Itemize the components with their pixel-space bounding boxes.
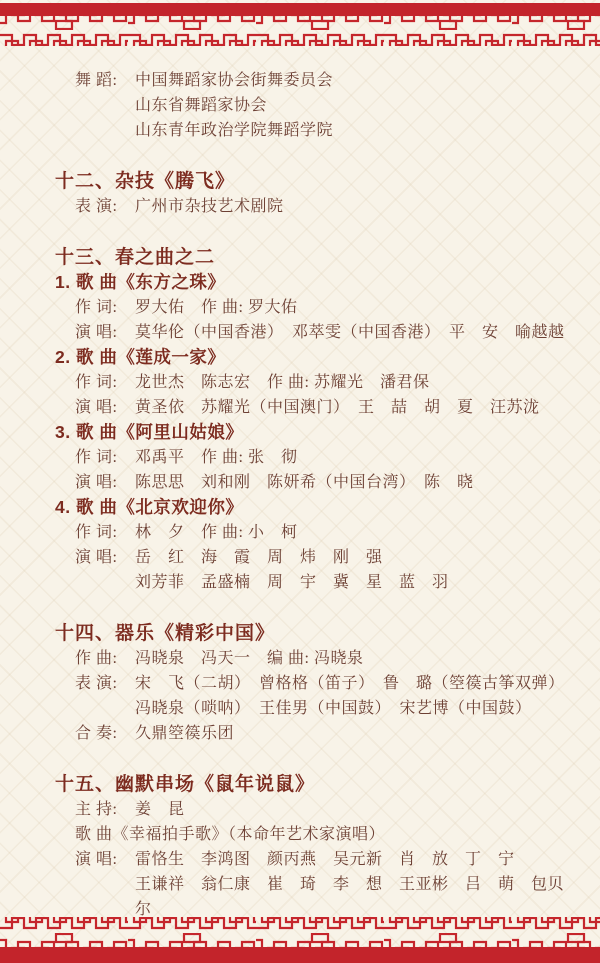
row-label: 主 持: (75, 797, 135, 822)
program-row: 歌 曲《幸福拍手歌》（本命年艺术家演唱） (55, 822, 578, 847)
song-title: 4. 歌 曲《北京欢迎你》 (55, 495, 578, 520)
credit-text: 中国舞蹈家协会街舞委员会 (135, 68, 333, 93)
row-text: 冯晓泉 冯天一 编 曲: 冯晓泉 (135, 646, 363, 671)
row-label: 演 唱: (75, 320, 135, 345)
row-text: 刘芳菲 孟盛楠 周 宇 冀 星 蓝 羽 (135, 570, 449, 595)
program-row: 合 奏: 久鼎箜篌乐团 (55, 721, 578, 746)
row-label: 演 唱: (75, 847, 135, 872)
row-label: 作 词: (75, 295, 135, 320)
row-text: 龙世杰 陈志宏 作 曲: 苏耀光 潘君保 (135, 370, 429, 395)
row-label: 演 唱: (75, 395, 135, 420)
row-label: 表 演: (75, 194, 135, 219)
program-section-12: 十二、杂技《腾飞》 表 演: 广州市杂技艺术剧院 (55, 169, 578, 219)
row-text: 岳 红 海 霞 周 炜 刚 强 (135, 545, 383, 570)
program-row: 作 曲: 冯晓泉 冯天一 编 曲: 冯晓泉 (55, 646, 578, 671)
program-row: 作 词: 龙世杰 陈志宏 作 曲: 苏耀光 潘君保 (55, 370, 578, 395)
program-section-13: 十三、春之曲之二 1. 歌 曲《东方之珠》 作 词: 罗大佑 作 曲: 罗大佑 … (55, 245, 578, 595)
row-label: 作 词: (75, 370, 135, 395)
row-text: 冯晓泉（唢呐） 王佳男（中国鼓） 宋艺博（中国鼓） (135, 696, 532, 721)
credit-row: 舞 蹈: 中国舞蹈家协会街舞委员会 (55, 68, 578, 93)
song-title: 1. 歌 曲《东方之珠》 (55, 270, 578, 295)
row-text: 雷恪生 李鸿图 颜丙燕 吴元新 肖 放 丁 宁 (135, 847, 515, 872)
program-section-14: 十四、器乐《精彩中国》 作 曲: 冯晓泉 冯天一 编 曲: 冯晓泉 表 演: 宋… (55, 621, 578, 746)
row-text: 宋 飞（二胡） 曾格格（笛子） 鲁 璐（箜篌古筝双弹） (135, 671, 565, 696)
row-label: 作 词: (75, 520, 135, 545)
row-text: 歌 曲《幸福拍手歌》（本命年艺术家演唱） (75, 822, 385, 847)
credit-row: 山东省舞蹈家协会 (55, 93, 578, 118)
program-row-continuation: 冯晓泉（唢呐） 王佳男（中国鼓） 宋艺博（中国鼓） (55, 696, 578, 721)
program-row: 表 演: 宋 飞（二胡） 曾格格（笛子） 鲁 璐（箜篌古筝双弹） (55, 671, 578, 696)
top-red-band (0, 3, 600, 16)
credit-text: 山东青年政治学院舞蹈学院 (135, 118, 333, 143)
program-row: 演 唱: 岳 红 海 霞 周 炜 刚 强 (55, 545, 578, 570)
top-fret-pattern (0, 16, 600, 46)
program-row: 作 词: 罗大佑 作 曲: 罗大佑 (55, 295, 578, 320)
row-text: 陈思思 刘和刚 陈妍希（中国台湾） 陈 晓 (135, 470, 474, 495)
program-row: 演 唱: 黄圣依 苏耀光（中国澳门） 王 喆 胡 夏 汪苏泷 (55, 395, 578, 420)
program-row-continuation: 刘芳菲 孟盛楠 周 宇 冀 星 蓝 羽 (55, 570, 578, 595)
program-row: 作 词: 林 夕 作 曲: 小 柯 (55, 520, 578, 545)
credit-text: 山东省舞蹈家协会 (135, 93, 267, 118)
program-content: 舞 蹈: 中国舞蹈家协会街舞委员会 山东省舞蹈家协会 山东青年政治学院舞蹈学院 … (55, 46, 578, 922)
row-text: 林 夕 作 曲: 小 柯 (135, 520, 297, 545)
section-title: 十二、杂技《腾飞》 (55, 169, 578, 194)
program-section-15: 十五、幽默串场《鼠年说鼠》 主 持: 姜 昆 歌 曲《幸福拍手歌》（本命年艺术家… (55, 772, 578, 922)
row-label: 作 词: (75, 445, 135, 470)
row-text: 莫华伦（中国香港） 邓萃雯（中国香港） 平 安 喻越越 (135, 320, 565, 345)
row-label: 合 奏: (75, 721, 135, 746)
row-label: 演 唱: (75, 545, 135, 570)
section-title: 十四、器乐《精彩中国》 (55, 621, 578, 646)
section-title: 十三、春之曲之二 (55, 245, 578, 270)
program-row: 主 持: 姜 昆 (55, 797, 578, 822)
bottom-red-band (0, 947, 600, 963)
row-label: 表 演: (75, 671, 135, 696)
row-text: 久鼎箜篌乐团 (135, 721, 234, 746)
program-row: 演 唱: 雷恪生 李鸿图 颜丙燕 吴元新 肖 放 丁 宁 (55, 847, 578, 872)
section-title: 十五、幽默串场《鼠年说鼠》 (55, 772, 578, 797)
row-label: 作 曲: (75, 646, 135, 671)
row-text: 黄圣依 苏耀光（中国澳门） 王 喆 胡 夏 汪苏泷 (135, 395, 540, 420)
credit-block: 舞 蹈: 中国舞蹈家协会街舞委员会 山东省舞蹈家协会 山东青年政治学院舞蹈学院 (55, 68, 578, 143)
program-row: 作 词: 邓禹平 作 曲: 张 彻 (55, 445, 578, 470)
program-page: 舞 蹈: 中国舞蹈家协会街舞委员会 山东省舞蹈家协会 山东青年政治学院舞蹈学院 … (0, 0, 600, 963)
row-label: 演 唱: (75, 470, 135, 495)
credit-row: 山东青年政治学院舞蹈学院 (55, 118, 578, 143)
song-title: 3. 歌 曲《阿里山姑娘》 (55, 420, 578, 445)
row-text: 广州市杂技艺术剧院 (135, 194, 284, 219)
chinese-fret-border-top (0, 0, 600, 46)
row-text: 罗大佑 作 曲: 罗大佑 (135, 295, 297, 320)
chinese-fret-border-bottom (0, 915, 600, 963)
program-row: 表 演: 广州市杂技艺术剧院 (55, 194, 578, 219)
row-text: 姜 昆 (135, 797, 185, 822)
program-row: 演 唱: 莫华伦（中国香港） 邓萃雯（中国香港） 平 安 喻越越 (55, 320, 578, 345)
row-text: 邓禹平 作 曲: 张 彻 (135, 445, 297, 470)
credit-label: 舞 蹈: (75, 68, 135, 93)
bottom-fret-pattern (0, 917, 600, 947)
program-row: 演 唱: 陈思思 刘和刚 陈妍希（中国台湾） 陈 晓 (55, 470, 578, 495)
song-title: 2. 歌 曲《莲成一家》 (55, 345, 578, 370)
